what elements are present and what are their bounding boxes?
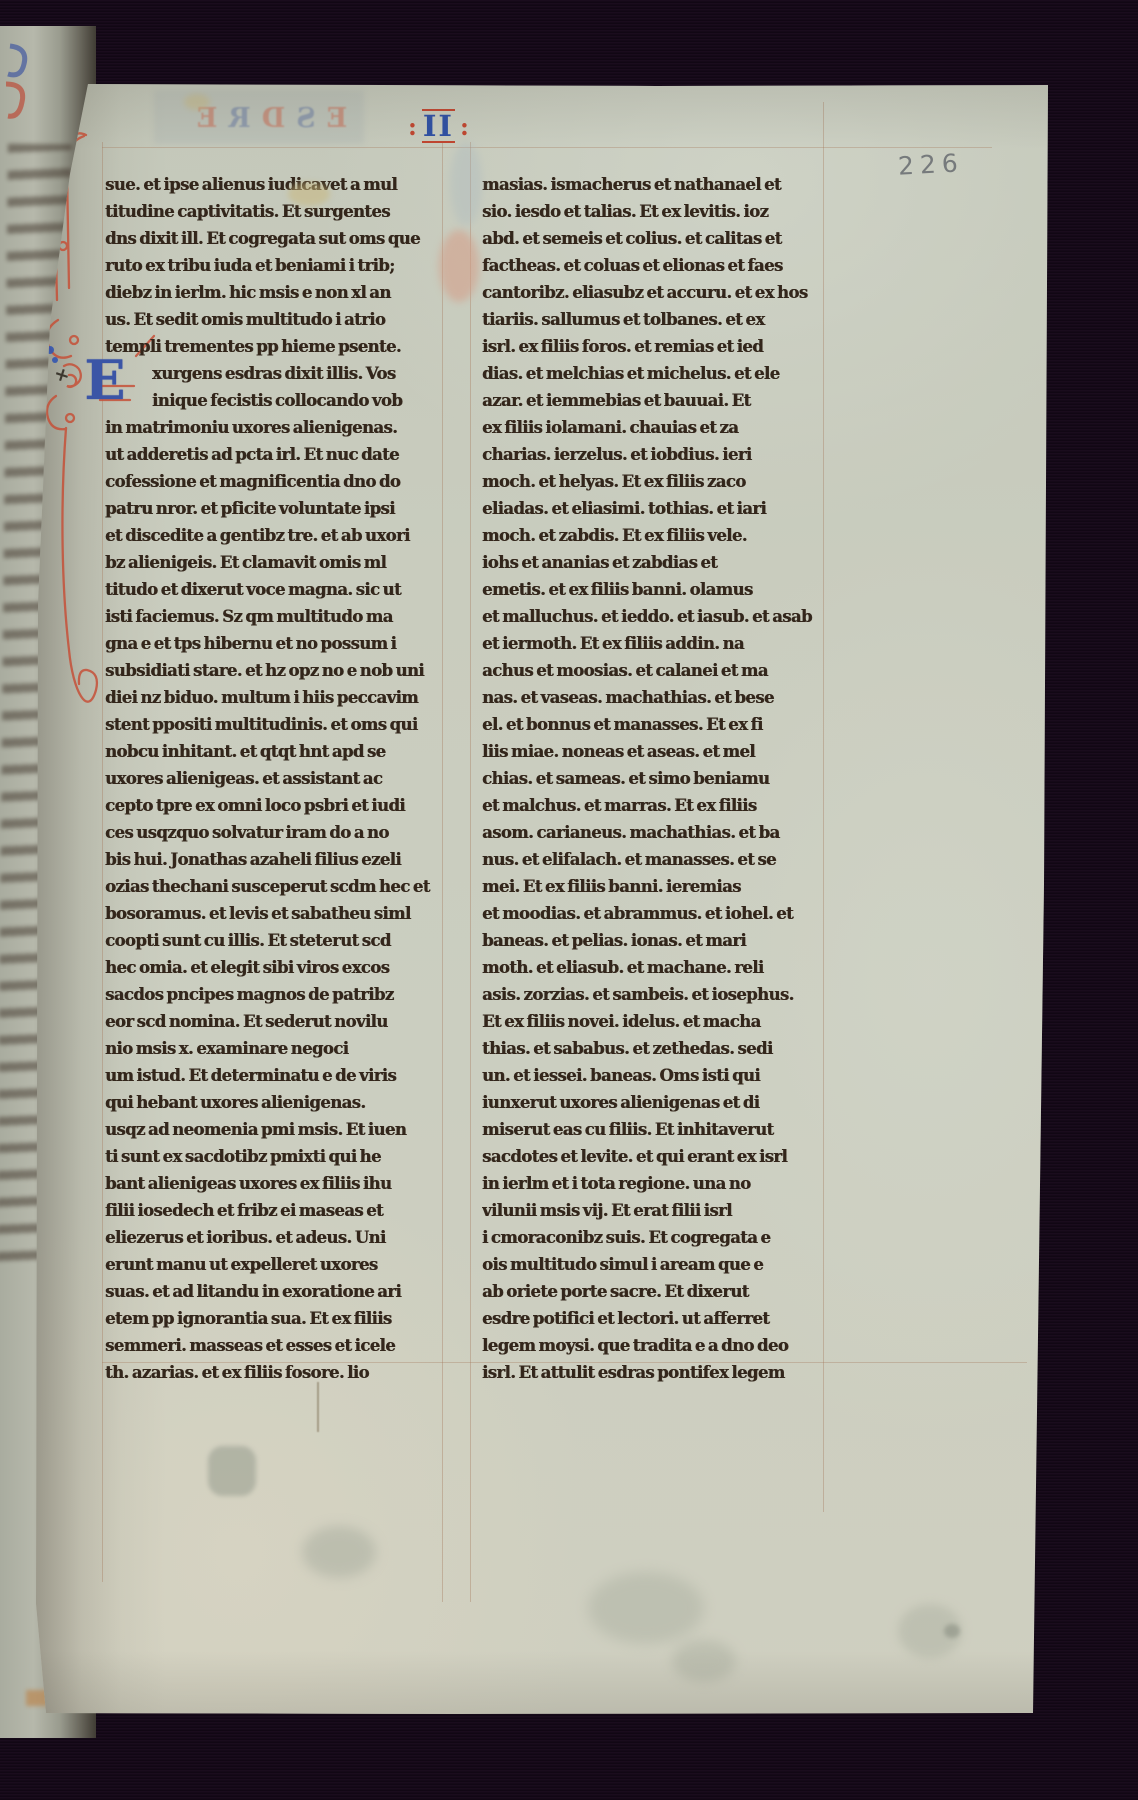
page-vignette (36, 84, 1050, 1716)
facing-page-initial-marks (2, 40, 42, 140)
manuscript-page: ESDRE : II : 226 E + sue. et ipse alienu… (36, 84, 1050, 1716)
